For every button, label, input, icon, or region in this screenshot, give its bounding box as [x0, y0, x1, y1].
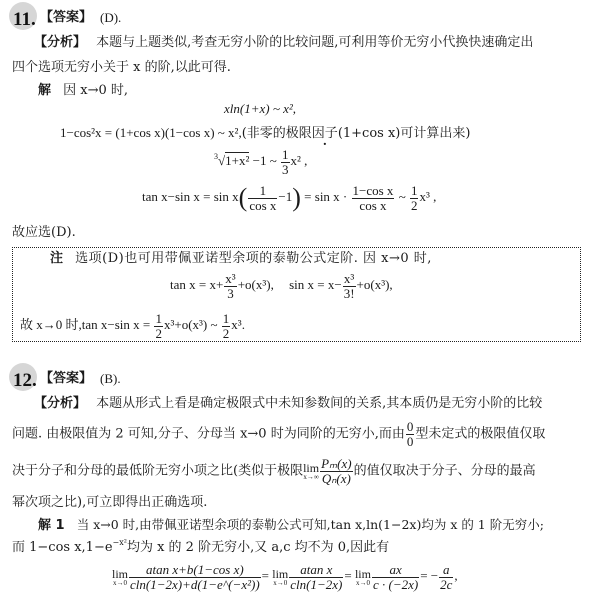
answer-value: (B).: [100, 372, 121, 385]
eq2-math: 1−cos²x = (1+cos x)(1−cos x) ~ x²,: [60, 125, 242, 140]
analysis-line-2: 四个选项无穷小关于 x 的阶,以此可得.: [12, 61, 231, 74]
question-number: 12.: [13, 370, 37, 392]
note-taylor-expansions: tan x = x+x³3+o(x³), sin x = x−x³3!+o(x³…: [170, 272, 393, 300]
analysis-tag: 【分析】: [34, 35, 86, 50]
answer-tag: 【答案】: [40, 11, 92, 24]
fraction-one-minus-cos: 1−cos xcos x: [352, 184, 395, 212]
solution-tag: 解: [38, 83, 51, 98]
limit-operator: limx→0: [272, 568, 288, 587]
equation-xln: xln(1+x) ~ x²,: [224, 102, 296, 115]
fraction-one-over-cos: 1cos x: [248, 184, 277, 212]
analysis-text: 本题从形式上看是确定极限式中未知参数间的关系,其本质仍是无穷小阶的比较: [96, 396, 542, 411]
limit-operator: limx→0: [112, 568, 128, 587]
eq2-note-emphasis: 因子: [312, 126, 338, 141]
limit-operator: limx→0: [355, 568, 371, 587]
fraction-main: atan x+b(1−cos x)cln(1−2x)+d(1−e^(−x²)): [129, 563, 261, 591]
fraction-one-half: 12: [222, 312, 231, 340]
eq3-tail: x² ,: [291, 153, 308, 168]
equation-cos-squared: 1−cos²x = (1+cos x)(1−cos x) ~ x²,(非零的极限…: [60, 126, 470, 140]
eq4-lhs: tan x−sin x = sin x: [142, 189, 239, 204]
fraction-zero-over-zero: 00: [406, 420, 415, 448]
note-text: 选项(D)也可用带佩亚诺型余项的泰勒公式定阶. 因 x→0 时,: [75, 251, 432, 266]
eq4-equals: = sin x ·: [304, 189, 347, 204]
analysis-line-1: 【分析】 本题从形式上看是确定极限式中未知参数间的关系,其本质仍是无穷小阶的比较: [34, 397, 542, 410]
fraction-equivalent: axc · (−2x): [372, 563, 419, 591]
solution-intro-text: 因 x→0 时,: [63, 83, 128, 98]
answer-tag: 【答案】: [40, 372, 92, 385]
eq2-note-post: (1+cos x)可计算出来): [338, 126, 471, 141]
equation-cube-root: 3√1+x² −1 ~ 13x² ,: [214, 148, 307, 176]
eq2-note-pre: (非零的极限: [242, 126, 312, 141]
solution-intro: 解 因 x→0 时,: [38, 84, 128, 97]
fraction-result: a2c: [439, 563, 453, 591]
conclusion: 故应选(D).: [12, 226, 76, 239]
question-number: 11.: [13, 9, 36, 31]
solution-line-1: 解 1 当 x→0 时,由带佩亚诺型余项的泰勒公式可知,tan x,ln(1−2…: [38, 519, 544, 532]
analysis-tag: 【分析】: [34, 396, 86, 411]
analysis-text: 本题与上题类似,考查无穷小阶的比较问题,可利用等价无穷小代换快速确定出: [96, 35, 533, 50]
limit-equation: limx→0atan x+b(1−cos x)cln(1−2x)+d(1−e^(…: [112, 563, 458, 591]
solution-tag: 解 1: [38, 518, 65, 533]
note-tag: 注: [50, 251, 63, 266]
solution-line-2: 而 1−cos x,1−e−x²均为 x 的 2 阶无穷小,又 a,c 均不为 …: [12, 541, 389, 554]
note-line-1: 注 选项(D)也可用带佩亚诺型余项的泰勒公式定阶. 因 x→0 时,: [50, 252, 432, 265]
fraction-one-half: 12: [154, 312, 163, 340]
answer-value: (D).: [100, 11, 121, 24]
fraction-x-cubed-over-3-factorial: x³3!: [343, 272, 356, 300]
fraction-reduced: atan xcln(1−2x): [289, 563, 343, 591]
analysis-line-3: 决于分子和分母的最低阶无穷小项之比(类似于极限limx→∞Pₘ(x)Qₙ(x)的…: [12, 457, 536, 485]
radicand: 1+x²: [225, 152, 249, 168]
analysis-line-4: 幂次项之比),可立即得出正确选项.: [12, 496, 207, 509]
limit-operator: limx→∞: [303, 462, 319, 481]
analysis-line-2: 问题. 由极限值为 2 可知,分子、分母当 x→0 时为同阶的无穷小,而由00型…: [12, 420, 545, 448]
eq3-rest: −1 ~: [253, 153, 277, 168]
fraction-pm-over-qn: Pₘ(x)Qₙ(x): [320, 457, 352, 485]
note-line-3: 故 x→0 时,tan x−sin x = 12x³+o(x³) ~ 12x³.: [20, 312, 245, 340]
equation-tan-minus-sin: tan x−sin x = sin x(1cos x−1) = sin x · …: [142, 184, 436, 212]
analysis-line-1: 【分析】 本题与上题类似,考查无穷小阶的比较问题,可利用等价无穷小代换快速确定出: [34, 36, 533, 49]
fraction-one-third: 13: [281, 148, 290, 176]
fraction-x-cubed-over-3: x³3: [224, 272, 236, 300]
fraction-one-half: 12: [410, 184, 419, 212]
